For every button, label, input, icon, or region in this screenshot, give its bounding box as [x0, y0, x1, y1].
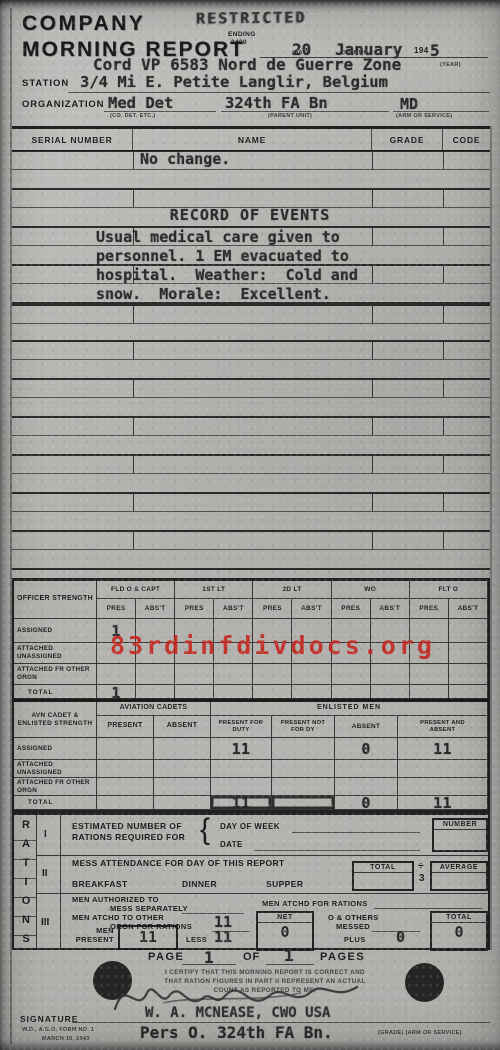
officer-row-label: TOTAL: [14, 685, 97, 701]
report-title-line1: COMPANY: [22, 12, 145, 36]
total2-value: 0: [432, 923, 486, 941]
dinner-label: DINNER: [182, 880, 217, 890]
events-line: snow. Morale: Excellent.: [96, 285, 331, 303]
rations-divider: [36, 815, 37, 948]
total-box: TOTAL: [352, 861, 414, 891]
roster-rule-row: [12, 530, 490, 570]
enlisted-cell: [154, 796, 211, 810]
officer-row-label: ATTACHED UNASSIGNED: [14, 643, 97, 664]
rations-section: RATIONS I II III ESTIMATED NUMBER OF RAT…: [12, 812, 490, 950]
enlisted-cell: [154, 778, 211, 796]
officer-cell: [371, 685, 410, 701]
officer-row-label: ATTACHED FR OTHER ORGN: [14, 664, 97, 685]
enlisted-cell: [211, 778, 272, 796]
subhead-pres: PRES: [253, 599, 292, 619]
roster-rule-row: [12, 302, 490, 344]
coordinates-value: Cord VP 6583 Nord de Guerre Zone: [93, 55, 401, 74]
org-rule-3: [393, 111, 489, 112]
total2-box-label: TOTAL: [432, 913, 486, 923]
roster-entry: No change.: [140, 150, 230, 168]
officer-cell: [449, 643, 488, 664]
letter-tick: [14, 916, 36, 917]
page-label: PAGE: [148, 951, 184, 964]
subhead-present-and-absent: PRESENT AND ABSENT: [398, 716, 488, 738]
officer-cell: [175, 685, 214, 701]
enlisted-cell: [211, 760, 272, 778]
date-label: DATE: [220, 840, 243, 849]
watermark: 83rdinfdivdocs.org: [110, 631, 435, 660]
col-name: NAME: [133, 129, 372, 150]
men-present-value: 11: [120, 927, 176, 947]
day-of-week-label: DAY OF WEEK: [220, 822, 280, 831]
subhead-abst: ABS'T: [136, 599, 175, 619]
total-absent-value: 0: [361, 796, 370, 810]
officer-cell: [292, 664, 331, 685]
average-box-label: AVERAGE: [432, 863, 486, 873]
rations-vertical-label: RATIONS: [20, 819, 32, 949]
subhead-abst: ABS'T: [449, 599, 488, 619]
enlisted-cell: [272, 778, 335, 796]
enlisted-cell: 11: [211, 738, 272, 760]
officer-cell: [410, 685, 449, 701]
col-serial-number: SERIAL NUMBER: [12, 129, 133, 150]
enlisted-table-corner: AVN CADET & ENLISTED STRENGTH: [14, 702, 97, 738]
roster-header-row: SERIAL NUMBER NAME GRADE CODE: [12, 126, 490, 151]
enlisted-cell: 11: [398, 796, 488, 810]
rations-divider: [60, 815, 61, 948]
station-rule: [68, 92, 490, 93]
enlisted-row-label: ATTACHED UNASSIGNED: [14, 760, 97, 778]
roster-rule-row: [12, 378, 490, 418]
officer-cell: [371, 664, 410, 685]
subhead-pres: PRES: [175, 599, 214, 619]
subhead-pres: PRES: [332, 599, 371, 619]
group-aviation-cadets: AVIATION CADETS: [97, 702, 211, 716]
form-date: MARCH 10, 1943: [42, 1036, 90, 1042]
enlisted-cell: [335, 778, 398, 796]
net-value: 0: [258, 923, 312, 941]
date-rule2: [254, 850, 420, 851]
less-value: 11: [214, 928, 232, 946]
plus-value: 0: [396, 928, 405, 946]
of-label: OF: [243, 951, 260, 964]
breakfast-label: BREAKFAST: [72, 880, 128, 890]
total-pfd-value: 11: [232, 796, 251, 810]
roster-rule-row: [12, 454, 490, 494]
classification-stamp: RESTRICTED: [196, 8, 306, 27]
officer-cell: [253, 685, 292, 701]
enlisted-cell: 0: [335, 738, 398, 760]
col-code: CODE: [443, 129, 490, 150]
punch-hole-right: [405, 963, 444, 1002]
supper-label: SUPPER: [266, 880, 303, 890]
officer-row-label: ASSIGNED: [14, 619, 97, 643]
part3-numeral: III: [41, 917, 49, 928]
grade-service-caption: (GRADE) (ARM OR SERVICE): [378, 1030, 462, 1036]
morning-report-scan: COMPANY MORNING REPORT RESTRICTED ENDING…: [0, 0, 500, 1050]
officer-cell: [97, 664, 136, 685]
officer-cell: [449, 685, 488, 701]
letter-tick: [14, 897, 36, 898]
roster-rule-row: [12, 150, 490, 190]
net-box-label: NET: [258, 913, 312, 923]
station-value: 3/4 Mi E. Petite Langlir, Belgium: [80, 73, 388, 91]
officer-cell: [214, 685, 253, 701]
total-box-label: TOTAL: [354, 863, 412, 873]
subhead-abst: ABS'T: [371, 599, 410, 619]
enlisted-cell: 0: [335, 796, 398, 810]
scan-edge-left: [10, 8, 12, 1044]
letter-tick: [14, 859, 36, 860]
org-parent-caption: (PARENT UNIT): [268, 113, 312, 119]
officer-group: 2D LT: [253, 581, 331, 599]
org-unit-caption: (CO. DET. ETC.): [110, 113, 155, 119]
number-box: NUMBER: [432, 818, 488, 852]
year-printed: 194: [414, 46, 429, 55]
officer-cell: [332, 685, 371, 701]
less-label: LESS: [186, 936, 207, 945]
roster-rule-row: [12, 416, 490, 456]
enlisted-cell: [272, 738, 335, 760]
total2-box: TOTAL 0: [430, 911, 488, 951]
officer-cell: [175, 664, 214, 685]
number-box-label: NUMBER: [434, 820, 486, 830]
org-service-caption: (ARM OR SERVICE): [396, 113, 452, 119]
others-messed-label: MESSED: [336, 923, 370, 932]
subhead-present-for-duty: PRESENT FOR DUTY: [211, 716, 272, 738]
atchd-rations-rule: [374, 908, 482, 909]
officer-group: 1ST LT: [175, 581, 253, 599]
enlisted-cell: [97, 796, 154, 810]
estimated-rations-label: RATIONS REQUIRED FOR: [72, 833, 185, 843]
officer-cell: [449, 619, 488, 643]
mess-sep-rule: [182, 913, 244, 914]
men-present-box: 11: [118, 925, 178, 950]
letter-tick: [14, 935, 36, 936]
assigned-absent-value: 0: [361, 740, 370, 758]
pages-total: 1: [284, 946, 294, 965]
enlisted-cell: [398, 778, 488, 796]
letter-tick: [14, 878, 36, 879]
subhead-pres: PRES: [97, 599, 136, 619]
org-unit-value: Med Det: [108, 94, 173, 112]
station-label: STATION: [22, 79, 69, 90]
enlisted-row-label: ATTACHED FR OTHER ORGN: [14, 778, 97, 796]
assigned-paa-value: 11: [433, 740, 452, 758]
officer-cell: [410, 664, 449, 685]
officer-cell: [332, 664, 371, 685]
officer-cell: [292, 685, 331, 701]
enlisted-cell-boxed: [272, 796, 335, 810]
events-line: Usual medical care given to: [96, 228, 340, 246]
officer-total-value: 1: [111, 685, 120, 701]
subhead-abst: ABS'T: [292, 599, 331, 619]
roster-rule-row: [12, 492, 490, 532]
scan-edge-right: [490, 126, 492, 950]
roster-rule-row: [12, 340, 490, 380]
officer-cell: [136, 664, 175, 685]
date-year-typed: 5: [430, 41, 440, 60]
subhead-pres: PRES: [410, 599, 449, 619]
rations-row-rule: [36, 893, 488, 894]
men-present-label: PRESENT: [62, 936, 114, 945]
signer-title: Pers O. 324th FA Bn.: [140, 1023, 333, 1042]
year-caption: (YEAR): [440, 62, 461, 68]
enlisted-cell-boxed: 11: [211, 796, 272, 810]
organization-label: ORGANIZATION: [22, 100, 104, 111]
enlisted-cell: [272, 760, 335, 778]
mess-attendance-title: MESS ATTENDANCE FOR DAY OF THIS REPORT: [72, 859, 285, 869]
divisor: 3: [419, 873, 425, 885]
officer-cell: [136, 685, 175, 701]
events-line: personnel. 1 EM evacuated to: [96, 247, 349, 265]
assigned-pfd-value: 11: [232, 740, 251, 758]
ending-time: 2400: [231, 39, 247, 46]
roster-rule-row: [12, 568, 490, 578]
day-of-week-rule: [292, 832, 420, 833]
brace: {: [200, 813, 210, 848]
officer-cell: [253, 664, 292, 685]
ending-label: ENDING: [228, 31, 256, 38]
total-paa-value: 11: [433, 796, 452, 810]
record-of-events-title: RECORD OF EVENTS: [0, 206, 500, 224]
plus-label: PLUS: [344, 936, 366, 945]
subhead-present: PRESENT: [97, 716, 154, 738]
rations-row-rule: [36, 855, 488, 856]
enlisted-cell: 11: [398, 738, 488, 760]
officer-group: FLD O & CAPT: [97, 581, 175, 599]
officer-cell: 1: [97, 685, 136, 701]
enlisted-cell: [154, 738, 211, 760]
enlisted-cell: [97, 760, 154, 778]
subhead-absent-em: ABSENT: [335, 716, 398, 738]
form-number: W.D., A.G.O. FORM NO. 1: [22, 1027, 94, 1033]
enlisted-cell: [97, 738, 154, 760]
col-grade: GRADE: [372, 129, 443, 150]
officer-group: WO: [332, 581, 410, 599]
net-box: NET 0: [256, 911, 314, 951]
events-line: hospital. Weather: Cold and: [96, 266, 358, 284]
letter-tick: [14, 840, 36, 841]
officer-group: FLT O: [410, 581, 488, 599]
enlisted-row-label: TOTAL: [14, 796, 97, 810]
org-rule-1: [104, 111, 216, 112]
divide-sign: ÷: [418, 861, 424, 873]
part1-numeral: I: [44, 829, 47, 840]
subhead-abst: ABS'T: [214, 599, 253, 619]
officer-cell: [449, 664, 488, 685]
enlisted-cell: [335, 760, 398, 778]
part2-numeral: II: [42, 868, 48, 879]
org-rule-2: [221, 111, 389, 112]
enlisted-cell: [97, 778, 154, 796]
average-box: AVERAGE: [430, 861, 488, 891]
subhead-present-not-for-duty: PRESENT NOT FOR DY: [272, 716, 335, 738]
enlisted-row-label: ASSIGNED: [14, 738, 97, 760]
enlisted-strength-table: AVN CADET & ENLISTED STRENGTH AVIATION C…: [12, 700, 490, 812]
handwritten-signature: [105, 965, 365, 1023]
pages-label: PAGES: [320, 951, 365, 964]
officer-table-corner: OFFICER STRENGTH: [14, 581, 97, 619]
signature-label: SIGNATURE: [20, 1015, 78, 1025]
officer-cell: [214, 664, 253, 685]
enlisted-cell: [154, 760, 211, 778]
group-enlisted-men: ENLISTED MEN: [211, 702, 488, 716]
estimated-rations-label: ESTIMATED NUMBER OF: [72, 822, 182, 832]
org-parent-value: 324th FA Bn: [225, 94, 328, 112]
enlisted-cell: [398, 760, 488, 778]
subhead-absent: ABSENT: [154, 716, 211, 738]
atchd-for-rations-label: MEN ATCHD FOR RATIONS: [262, 900, 368, 909]
